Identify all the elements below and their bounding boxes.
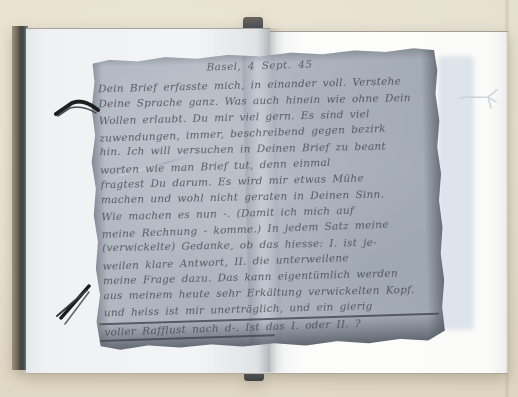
- handwritten-letter: Basel, 4 Sept. 45 Dein Brief erfasste mi…: [88, 46, 446, 351]
- letter-paper: Basel, 4 Sept. 45 Dein Brief erfasste mi…: [88, 46, 446, 351]
- letter-date: Basel, 4 Sept. 45: [206, 59, 312, 74]
- paper-fiber: [458, 86, 500, 114]
- photo-of-open-book: Basel, 4 Sept. 45 Dein Brief erfasste mi…: [0, 0, 518, 397]
- thread-tie-top: [50, 94, 102, 128]
- thread-tie-bottom: [49, 280, 95, 328]
